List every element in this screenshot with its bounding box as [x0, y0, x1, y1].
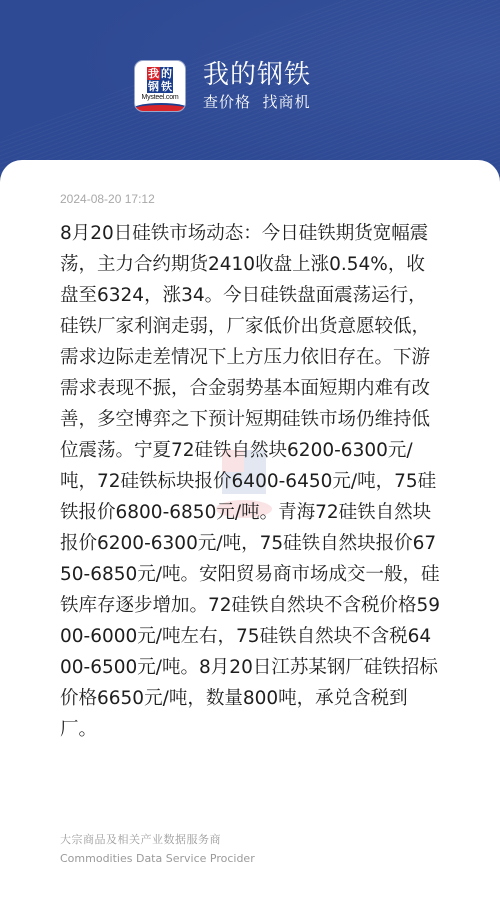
brand-subtitle: 查价格 找商机 [203, 92, 311, 112]
brand-title: 我的钢铁 [203, 60, 311, 90]
logo-url: Mysteel.com [135, 94, 185, 101]
logo-char: 的 [160, 67, 173, 80]
mysteel-logo-icon: 我 的 钢 铁 Mysteel.com [135, 61, 185, 111]
article-card: 2024-08-20 17:12 8月20日硅铁市场动态：今日硅铁期货宽幅震荡，… [0, 160, 500, 902]
article-body: 8月20日硅铁市场动态：今日硅铁期货宽幅震荡，主力合约期货2410收盘上涨0.5… [60, 218, 442, 745]
footer-tagline-en: Commodities Data Service Procider [60, 850, 255, 868]
article-date: 2024-08-20 17:12 [60, 192, 155, 206]
logo-char: 铁 [160, 80, 173, 93]
logo-char: 钢 [147, 80, 160, 93]
logo-grid: 我 的 钢 铁 [147, 67, 173, 93]
brand-text: 我的钢铁 查价格 找商机 [203, 60, 311, 112]
footer-tagline-cn: 大宗商品及相关产业数据服务商 [60, 832, 255, 848]
logo-char: 我 [147, 67, 160, 80]
footer: 大宗商品及相关产业数据服务商 Commodities Data Service … [60, 832, 255, 868]
logo-swoosh [135, 103, 185, 111]
brand: 我 的 钢 铁 Mysteel.com 我的钢铁 查价格 找商机 [135, 60, 311, 112]
